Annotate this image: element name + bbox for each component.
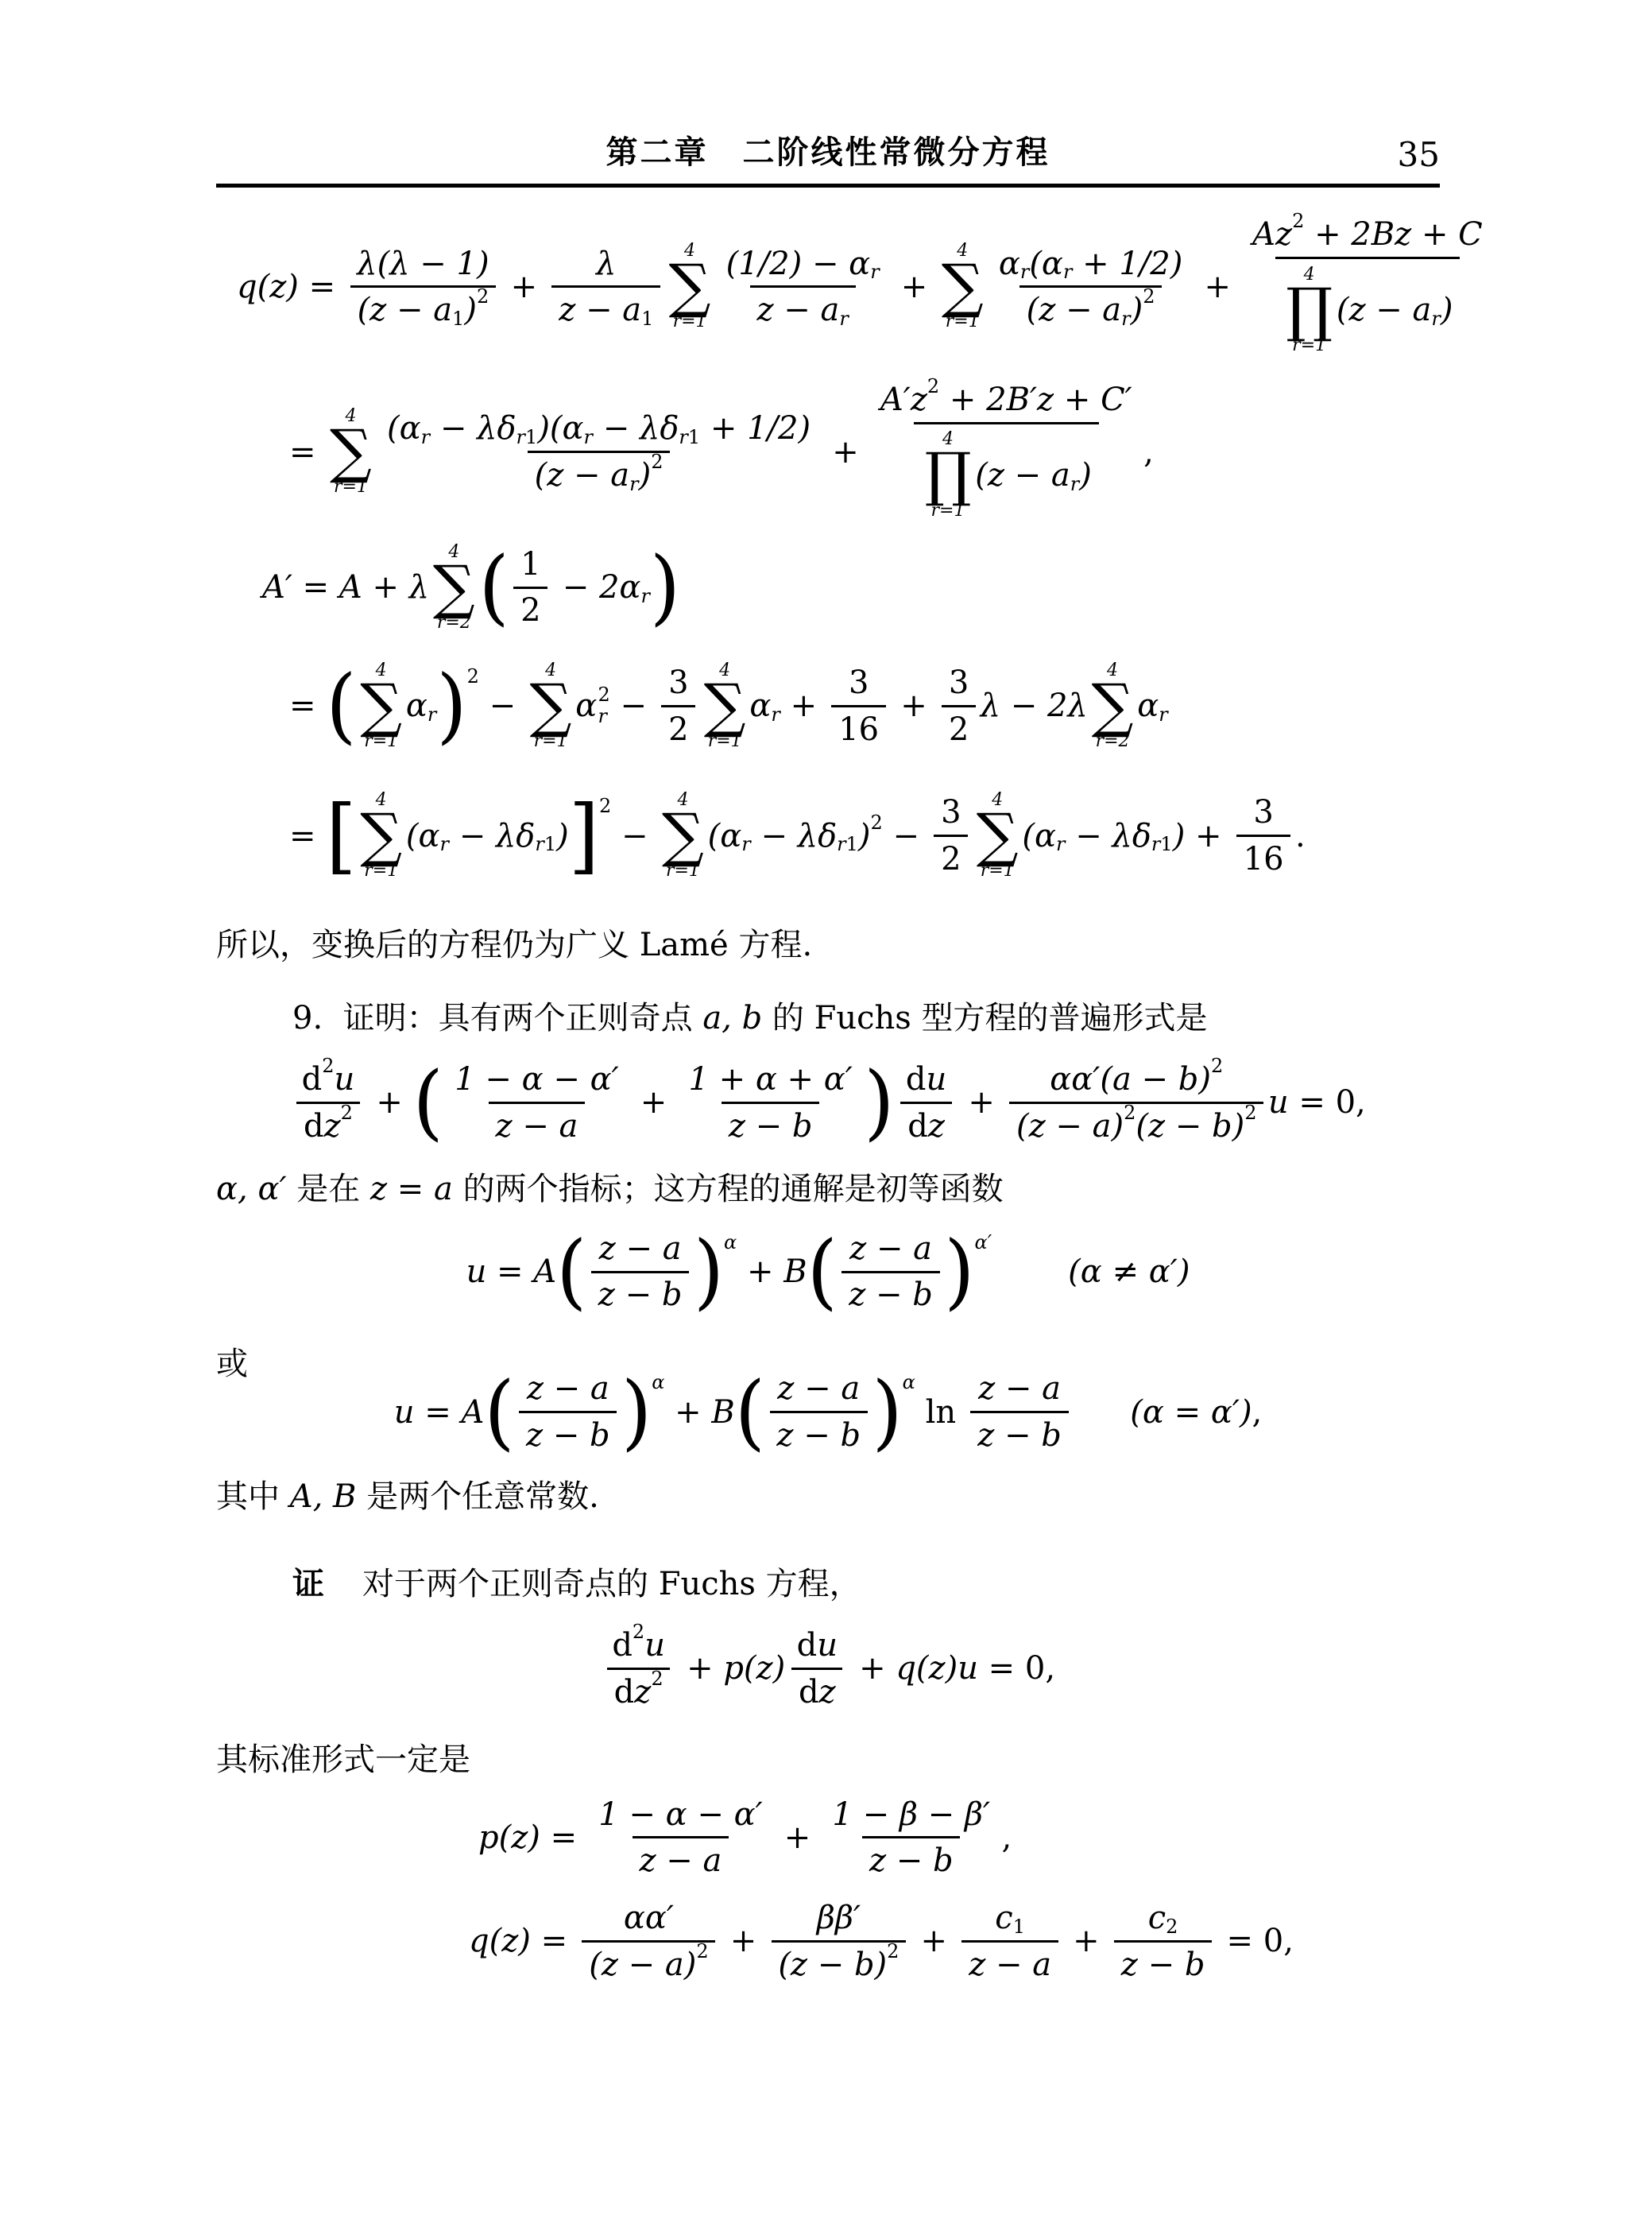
cn: 的两个指标；这方程的通解是初等函数 [453, 1168, 1004, 1210]
mfrac: ββ′(z − b)2 [772, 1900, 907, 1983]
mi: z − b [598, 1277, 683, 1313]
mi: r [535, 833, 544, 855]
mrow: (αr − λδr1)(αr − λδr1 + 1/2) [387, 410, 811, 447]
msub: r [1020, 261, 1029, 283]
mr: = [289, 688, 326, 724]
mr: 2 [1124, 1102, 1136, 1124]
mnum: (αr − λδr1)(αr − λδr1 + 1/2) [380, 410, 818, 451]
mbig: 4∑r=2 [1092, 659, 1134, 754]
mnum: z − a [842, 1230, 938, 1271]
mrow: z − b [977, 1417, 1062, 1454]
mnum: c1 [988, 1900, 1031, 1940]
mrow: 3 [949, 664, 969, 701]
mi: r [640, 585, 649, 607]
mi: c [1148, 1900, 1166, 1936]
mrow: A′ = A + λ4∑r=2(12 − 2αr) [262, 540, 680, 635]
msub: r [870, 261, 879, 283]
mi: ) [1441, 292, 1453, 328]
mi: ) [464, 292, 477, 328]
mi: A′z [880, 382, 927, 418]
mi: ) [1079, 457, 1092, 494]
mrow: r1 [516, 426, 538, 448]
mden: z − b [1114, 1940, 1212, 1983]
mrow: p(z) = 1 − α − α′z − a + 1 − β − β′z − b… [478, 1796, 1012, 1880]
mnum: Az2 + 2Bz + C [1245, 216, 1489, 257]
mi: αα′ [624, 1900, 674, 1936]
mi: z = a [370, 1168, 453, 1210]
mi: r=1 [931, 501, 965, 521]
mlim: r=1 [946, 313, 980, 331]
mbig: 4∑r=2 [433, 540, 475, 635]
mrow: 所以，变换后的方程仍为广义 Lamé 方程. [216, 924, 812, 966]
mi: r [629, 473, 638, 495]
mrow: (z − a)2(z − b)2 [1016, 1108, 1256, 1145]
mr: = [292, 569, 339, 606]
mi: r [584, 426, 593, 448]
mr: , [1001, 1819, 1012, 1856]
mlim: r=1 [334, 478, 368, 496]
cnb: 证 [292, 1563, 324, 1605]
mr: d [612, 1627, 633, 1664]
mi: r=1 [364, 861, 398, 881]
mrow: 4∑r=1(αr − λδr1) [356, 788, 568, 883]
mrow: z − a [496, 1108, 578, 1145]
mden: dz2 [607, 1668, 671, 1710]
mi: (α [708, 818, 742, 854]
mrow: (1/2) − αr [726, 246, 880, 282]
mi: r [870, 261, 879, 283]
mi: u [466, 1253, 487, 1290]
mbig: 4∑r=1 [977, 788, 1019, 883]
mi: r [1056, 833, 1065, 855]
mrow: (z − az − b)α′ [807, 1230, 992, 1314]
mnum: (1/2) − αr [719, 246, 887, 286]
mlim: r=1 [534, 733, 568, 750]
eq-general-solution-distinct: u = A(z − az − b)α + B(z − az − b)α′(α ≠… [216, 1230, 1440, 1314]
mrow: 其标准形式一定是 [216, 1739, 470, 1780]
mi: λ [409, 569, 429, 606]
mfrac: dudz [790, 1627, 845, 1710]
cn: 其标准形式一定是 [216, 1739, 470, 1780]
mi: (z − a) [1016, 1108, 1124, 1145]
mbop: ∏ [1286, 287, 1333, 334]
mrow: 16 [1244, 841, 1284, 877]
mrow: (z − a1)2 [358, 292, 489, 328]
mden: z − b [862, 1836, 960, 1879]
mfrac: z − az − b [970, 1370, 1068, 1454]
chapter-title: 第二章 二阶线性常微分方程 [606, 127, 1050, 172]
mnum: z − a [771, 1370, 867, 1411]
mrow: z − ar [756, 292, 848, 328]
mfrac: 1 + α + α′z − b [682, 1061, 860, 1145]
mlim: r=1 [364, 733, 398, 750]
mr: 1 [452, 308, 464, 330]
mfrac: αα′(z − a)2 [582, 1900, 715, 1983]
mnum: αr(αr + 1/2) [992, 246, 1190, 286]
mrow: αα′ [624, 1900, 674, 1936]
mbop: ∑ [662, 812, 704, 859]
mrow: d2u [302, 1061, 355, 1098]
mrow: 1 + α + α′ [688, 1061, 852, 1098]
mlim: r=1 [931, 502, 965, 520]
mr: d [797, 1627, 818, 1664]
mi: (z − b) [1136, 1108, 1244, 1145]
mr: 1 [688, 426, 700, 448]
mr: + [501, 269, 547, 305]
mrow: αα′(a − b)2 [1050, 1061, 1223, 1098]
mi: A [339, 569, 362, 606]
mden: (z − a1)2 [350, 285, 496, 328]
mi: α [575, 688, 597, 724]
para-problem-9: 9. 证明：具有两个正则奇点 a, b 的 Fuchs 型方程的普遍形式是 [292, 998, 1440, 1039]
msub: r1 [535, 833, 556, 855]
mi: p(z) [723, 1650, 785, 1687]
mfrac: 1 − α − α′z − a [591, 1796, 769, 1880]
mnum: z − a [592, 1230, 688, 1271]
mr: 2 [477, 285, 489, 308]
mrow: (z − ar)2 [1027, 292, 1155, 328]
mden: (z − ar)2 [1019, 285, 1162, 328]
mi: (z − a) [589, 1947, 696, 1983]
mr: 2 [599, 795, 611, 817]
para-constants: 其中 A, B 是两个任意常数. [216, 1476, 1440, 1517]
msub: r [839, 308, 848, 330]
mden: 2 [934, 835, 968, 877]
mr: 2 [467, 665, 479, 688]
mbop: ∑ [433, 564, 475, 611]
header-row: 第二章 二阶线性常微分方程 35 [216, 127, 1440, 172]
mrow: z − a1 [559, 292, 653, 328]
mfrac: c2z − b [1114, 1900, 1212, 1983]
mr: − [552, 569, 599, 606]
mden: z − ar [750, 285, 856, 328]
mi: r [839, 308, 848, 330]
mr: + [720, 1923, 767, 1959]
msup: 2 [696, 1940, 708, 1962]
mi: (α [1022, 818, 1056, 854]
mi: z − b [1121, 1947, 1205, 1983]
mrow: 3 [1253, 794, 1273, 831]
mi: λ [981, 688, 1000, 724]
mr: − [611, 818, 658, 854]
mr: 2 [633, 1621, 644, 1643]
mss: 2r [598, 684, 609, 728]
mr: + [780, 688, 827, 724]
mi: r=1 [708, 731, 742, 751]
mr: 2 [598, 684, 609, 706]
mi: − λδ [430, 410, 516, 447]
eq-qz-standard: q(z) = αα′(z − a)2 + ββ′(z − b)2 + c1z −… [469, 1900, 1440, 1983]
mr: 1 [846, 833, 858, 855]
mr: 2 [949, 711, 969, 748]
mi: ) [858, 818, 871, 854]
mfrac: d2udz2 [605, 1627, 672, 1710]
mnum: αα′(a − b)2 [1043, 1061, 1230, 1102]
mi: z − b [526, 1417, 610, 1454]
mr: 2 [696, 1940, 708, 1962]
mi: r=2 [437, 613, 471, 633]
mnum: 3 [1247, 794, 1281, 835]
mrow: 4∏r=1(z − ar) [921, 428, 1092, 522]
mi: 1 + α + α′ [688, 1061, 852, 1098]
mr: 3 [941, 794, 961, 831]
mr: 2 [941, 841, 961, 877]
mi: z [634, 1674, 651, 1710]
cn: 所以，变换后的方程仍为广义 Lamé 方程. [216, 924, 812, 966]
mi: αα′(a − b) [1050, 1061, 1211, 1098]
mfrac: λ(λ − 1)(z − a1)2 [350, 246, 496, 329]
mi: α [903, 1371, 915, 1393]
mnum: 1 − α − α′ [591, 1796, 769, 1837]
mi: q(z) [469, 1923, 531, 1959]
cn: 9. 证明：具有两个正则奇点 [292, 998, 702, 1039]
mi: (α = α′) [1130, 1394, 1252, 1431]
mbig: 4∑r=1 [330, 405, 372, 499]
msub: 2 [1166, 1916, 1178, 1938]
msub: r [1431, 308, 1440, 330]
mden: 2 [513, 587, 547, 630]
mi: u [644, 1627, 665, 1664]
mr: − [1000, 688, 1047, 724]
mi: (z − a [975, 457, 1070, 494]
mi: z − a [777, 1370, 860, 1407]
mden: dz [900, 1102, 951, 1145]
mrow: 1 − α − α′ [598, 1796, 762, 1833]
mi: r=1 [534, 731, 568, 751]
mi: ) [1173, 818, 1186, 854]
msub: r [428, 703, 436, 726]
mfrac: z − az − b [841, 1230, 939, 1314]
mrow: d2udz2 + (1 − α − α′z − a + 1 + α + α′z … [290, 1061, 1366, 1145]
msup: 2 [1292, 210, 1304, 232]
para-lame-conclusion: 所以，变换后的方程仍为广义 Lamé 方程. [216, 924, 1440, 966]
mr: 2 [1244, 1102, 1256, 1124]
eq-pz-standard: p(z) = 1 − α − α′z − a + 1 − β − β′z − b… [478, 1796, 1440, 1880]
cn: 是在 [287, 1168, 370, 1210]
mrow: z − a [969, 1947, 1051, 1983]
mr: 2 [1211, 1055, 1223, 1077]
mrow: u = A(z − az − b)α + B(z − az − b)α′(α ≠… [466, 1230, 1190, 1314]
mrow: z − az − b [838, 1230, 944, 1314]
mnum: λ [589, 246, 623, 286]
mbig: 4∑r=1 [704, 659, 746, 754]
mden: z − b [970, 1411, 1068, 1454]
mi: r=1 [666, 861, 700, 881]
eq-qz-expansion-line2: = 4∑r=1(αr − λδr1)(αr − λδr1 + 1/2)(z − … [289, 382, 1440, 523]
mrow: q(z) = αα′(z − a)2 + ββ′(z − b)2 + c1z −… [469, 1900, 1294, 1983]
mi: A, B [290, 1476, 357, 1517]
mi: r=1 [1292, 335, 1326, 355]
mr: = [289, 818, 326, 854]
mi: + 1/2) [700, 410, 811, 447]
mnum: 1 + α + α′ [682, 1061, 860, 1102]
mden: z − b [722, 1102, 819, 1145]
mbop: ∑ [669, 263, 711, 310]
mi: 2λ [1047, 688, 1088, 724]
mi: p(z) [478, 1819, 540, 1856]
mi: r [679, 426, 687, 448]
mnum: z − a [520, 1370, 616, 1411]
msup: 2 [927, 375, 939, 397]
mr: 3 [1253, 794, 1273, 831]
mbop: ∑ [360, 683, 402, 730]
mi: r [428, 703, 436, 726]
mi: z − a [559, 292, 641, 328]
mi: α [406, 688, 428, 724]
mr: + [737, 1253, 783, 1290]
mi: λ(λ − 1) [357, 246, 489, 282]
mi: (1/2) − α [726, 246, 871, 282]
mi: r [837, 833, 845, 855]
msup: α [652, 1371, 664, 1393]
mi: r [421, 426, 430, 448]
mi: u [394, 1394, 415, 1431]
mnum: d2u [295, 1061, 362, 1102]
msub: 1 [452, 308, 464, 330]
mi: r [1159, 703, 1167, 726]
mrow: 2 [520, 592, 540, 629]
mrow: (z − a)2 [589, 1947, 708, 1983]
mr: d [614, 1674, 635, 1710]
mi: z − a [527, 1370, 609, 1407]
mi: r [1020, 261, 1029, 283]
mnum: 1 − β − β′ [826, 1796, 997, 1837]
mi: r=1 [946, 312, 980, 331]
mi: − λδ [449, 818, 535, 854]
msub: r [1056, 833, 1065, 855]
mi: (α [1029, 246, 1063, 282]
mr: + [630, 1084, 677, 1121]
mi: r [771, 703, 780, 726]
mi: z − b [776, 1417, 861, 1454]
mden: 2 [942, 705, 976, 748]
mi: r=1 [334, 477, 368, 497]
mr: + [1194, 269, 1241, 305]
mi: − λδ [751, 818, 837, 854]
mr: 1 [525, 426, 537, 448]
mr: + [774, 1819, 821, 1856]
msub: r1 [679, 426, 700, 448]
mr: 3 [949, 664, 969, 701]
mr: 2 [1166, 1916, 1178, 1938]
mi: (z − a [535, 457, 629, 494]
mi: u [335, 1061, 355, 1098]
msub: r [1070, 473, 1079, 495]
mi: z [324, 1108, 341, 1145]
mrow: u = A(z − az − b)α + B(z − az − b)α ln z… [394, 1370, 1263, 1454]
mi: z − a [599, 1230, 682, 1267]
mi: a, b [702, 998, 762, 1039]
mrow: 2 [668, 711, 688, 748]
mrow: z − a [978, 1370, 1061, 1407]
mrow: dz2 [614, 1674, 664, 1710]
mi: r [516, 426, 525, 448]
mfrac: λz − a1 [551, 246, 660, 329]
mr: , [1143, 434, 1154, 471]
mden: 2 [661, 705, 695, 748]
msup: 2 [599, 795, 611, 817]
mi: + 2B′z + C′ [939, 382, 1132, 418]
mi: 1 − α − α′ [598, 1796, 762, 1833]
mlim: r=1 [708, 733, 742, 750]
mrow: Az2 + 2Bz + C [1252, 216, 1483, 253]
mbop: ∑ [530, 683, 572, 730]
mi: ) [639, 457, 652, 494]
mr: 2 [520, 592, 540, 629]
mi: (z − a [1027, 292, 1121, 328]
mrow: dz [799, 1674, 836, 1710]
mrow: c1 [995, 1900, 1025, 1936]
msup: α [724, 1231, 737, 1253]
page-number: 35 [1398, 135, 1440, 174]
mrow: 2 [941, 841, 961, 877]
msup: 2 [322, 1055, 334, 1077]
mi: z [928, 1108, 945, 1145]
mbop: ∏ [925, 451, 972, 498]
mrow: = [4∑r=1(αr − λδr1)]2 − 4∑r=1(αr − λδr1)… [289, 788, 1306, 883]
mfrac: z − az − b [591, 1230, 689, 1314]
mrow: d2udz2 + p(z)dudz + q(z)u = 0, [601, 1627, 1055, 1710]
cn: 或 [216, 1343, 248, 1385]
mden: 4∏r=1(z − ar) [914, 422, 1099, 523]
mr: 2 [1143, 285, 1155, 308]
para-proof-start: 证对于两个正则奇点的 Fuchs 方程， [292, 1563, 1440, 1605]
textbook-page: 第二章 二阶线性常微分方程 35 q(z) = λ(λ − 1)(z − a1)… [0, 0, 1652, 2216]
msup: 2 [467, 665, 479, 688]
msup: 2 [1244, 1102, 1256, 1124]
mlim: r=1 [981, 862, 1015, 880]
mi: r [440, 833, 449, 855]
msup: α′ [975, 1231, 992, 1253]
mss-u: 2 [598, 684, 609, 707]
mr: ln [915, 1394, 966, 1431]
msub: 1 [641, 308, 653, 330]
mrow: [4∑r=1(αr − λδr1)]2 [326, 788, 611, 883]
mfrac: A′z2 + 2B′z + C′4∏r=1(z − ar) [873, 382, 1139, 523]
msub: r1 [837, 833, 858, 855]
mden: (z − ar)2 [528, 451, 670, 494]
eq-fuchs-general-form: d2udz2 + (1 − α − α′z − a + 1 + α + α′z … [216, 1061, 1440, 1145]
mi: r [1063, 261, 1072, 283]
mi: z − b [849, 1277, 933, 1313]
mnum: 1 − α − α′ [447, 1061, 625, 1102]
mr: + [676, 1650, 723, 1687]
mr: 2 [887, 1940, 899, 1962]
mrow: λ [596, 246, 616, 282]
mrow: (1 − α − α′z − a + 1 + α + α′z − b) [413, 1061, 895, 1145]
msub: r [1063, 261, 1072, 283]
mfrac: 316 [831, 664, 886, 748]
msup: 2 [887, 1940, 899, 1962]
mr: = [531, 1923, 578, 1959]
mss-d: r [598, 706, 606, 728]
mr: d [907, 1108, 928, 1145]
mfrac: 1 − β − β′z − b [826, 1796, 997, 1880]
mfrac: 32 [661, 664, 695, 748]
mden: z − a [489, 1102, 585, 1145]
mden: dz [791, 1668, 842, 1710]
mfrac: 12 [513, 546, 547, 630]
mrow: z − b [776, 1417, 861, 1454]
mrow: 或 [216, 1343, 248, 1385]
mrow: z − b [729, 1108, 813, 1145]
mfrac: αα′(a − b)2(z − a)2(z − b)2 [1009, 1061, 1263, 1145]
msub: r [1159, 703, 1167, 726]
mi: + 2Bz + C [1304, 216, 1482, 253]
mrow: (z − az − b)α [484, 1370, 664, 1454]
mlim: r=1 [364, 862, 398, 880]
mbig: 4∏r=1 [925, 428, 972, 522]
